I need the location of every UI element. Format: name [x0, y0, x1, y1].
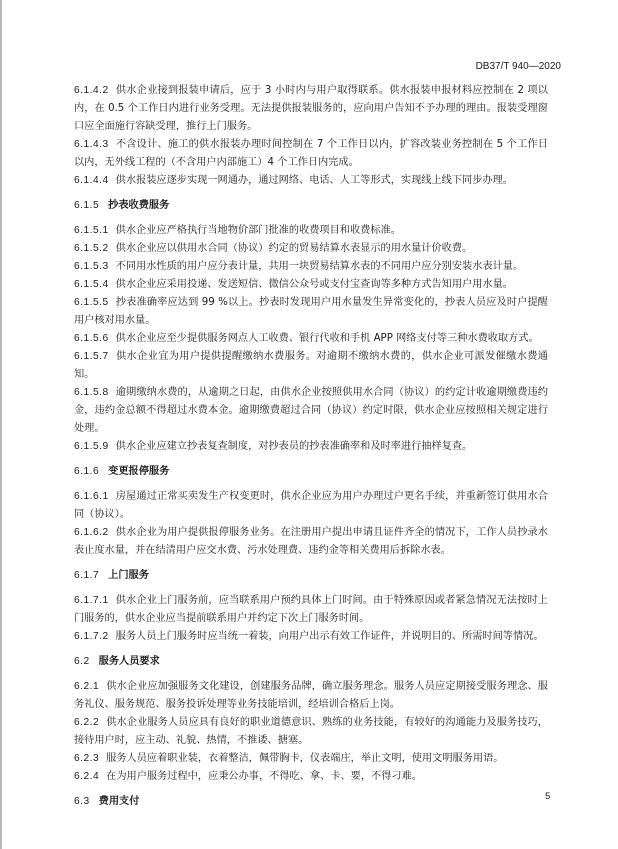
- section-title: 抄表收费服务: [108, 200, 169, 211]
- clause-6-1-5-7: 6.1.5.7供水企业宜为用户提供提醒缴纳水费服务。对逾期不缴纳水费的，供水企业…: [74, 348, 548, 384]
- clause-6-1-6-2: 6.1.6.2供水企业为用户提供报停服务业务。在注册用户提出申请且证件齐全的情况…: [74, 524, 548, 560]
- clause-number: 6.1.5.3: [74, 261, 109, 272]
- clause-number: 6.2.4: [74, 771, 99, 782]
- clause-number: 6.1.7.1: [74, 595, 109, 606]
- clause-text: 供水报装应逐步实现一网通办，通过网络、电话、人工等形式，实现线上线下同步办理。: [116, 175, 513, 186]
- clause-text: 供水企业应以供用水合同（协议）约定的贸易结算水表显示的用水量计价收费。: [116, 243, 473, 254]
- clause-6-1-4-4: 6.1.4.4供水报装应逐步实现一网通办，通过网络、电话、人工等形式，实现线上线…: [74, 172, 548, 190]
- clause-6-1-4-2: 6.1.4.2供水企业接到报装申请后，应于 3 小时内与用户取得联系。供水报装申…: [74, 82, 548, 136]
- clause-6-1-4-3: 6.1.4.3不含设计、施工的供水报装办理时间控制在 7 个工作日以内，扩容改装…: [74, 136, 548, 172]
- clause-number: 6.1.5.5: [74, 297, 109, 308]
- clause-number: 6.1.5.1: [74, 225, 109, 236]
- clause-6-1-5-6: 6.1.5.6供水企业应至少提供服务网点人工收费、银行代收和手机 APP 网络支…: [74, 330, 548, 348]
- section-number: 6.3: [74, 796, 90, 807]
- clause-6-1-5-1: 6.1.5.1供水企业应严格执行当地物价部门批准的收费项目和收费标准。: [74, 222, 548, 240]
- document-body: 6.1.4.2供水企业接到报装申请后，应于 3 小时内与用户取得联系。供水报装申…: [74, 82, 548, 818]
- clause-number: 6.1.5.2: [74, 243, 109, 254]
- clause-text: 房屋通过正常买卖发生产权变更时，供水企业应为用户办理过户更名手续，并重新签订供用…: [74, 491, 548, 520]
- clause-number: 6.1.6.2: [74, 527, 109, 538]
- clause-6-2-3: 6.2.3服务人员应着职业装，衣着整洁，佩带胸卡，仪表端庄，举止文明，使用文明服…: [74, 750, 548, 768]
- clause-6-1-6-1: 6.1.6.1房屋通过正常买卖发生产权变更时，供水企业应为用户办理过户更名手续，…: [74, 488, 548, 524]
- clause-number: 6.1.5.9: [74, 441, 109, 452]
- clause-text: 供水企业为用户提供报停服务业务。在注册用户提出申请且证件齐全的情况下，工作人员抄…: [74, 527, 548, 556]
- clause-text: 供水企业应严格执行当地物价部门批准的收费项目和收费标准。: [116, 225, 401, 236]
- clause-text: 供水企业应采用投递、发送短信、微信公众号或支付宝查询等多种方式告知用户用水量。: [116, 279, 513, 290]
- clause-6-2-1: 6.2.1供水企业应加强服务文化建设，创建服务品牌，确立服务理念。服务人员应定期…: [74, 678, 548, 714]
- clause-6-2-2: 6.2.2供水企业服务人员应具有良好的职业道德意识、熟练的业务技能，有较好的沟通…: [74, 714, 548, 750]
- section-number: 6.1.6: [74, 466, 99, 477]
- clause-text: 服务人员上门服务时应当统一着装，向用户出示有效工作证件，并说明目的、所需时间等情…: [116, 631, 544, 642]
- clause-6-1-5-2: 6.1.5.2供水企业应以供用水合同（协议）约定的贸易结算水表显示的用水量计价收…: [74, 240, 548, 258]
- page-number: 5: [545, 791, 550, 802]
- clause-6-1-7-1: 6.1.7.1供水企业上门服务前，应当联系用户预约具体上门时间。由于特殊原因或者…: [74, 592, 548, 628]
- clause-6-1-5-8: 6.1.5.8逾期缴纳水费的，从逾期之日起，由供水企业按照供用水合同（协议）的约…: [74, 384, 548, 438]
- clause-6-1-5-5: 6.1.5.5抄表准确率应达到 99 %以上。抄表时发现用户用水量发生异常变化的…: [74, 294, 548, 330]
- clause-number: 6.1.5.8: [74, 387, 109, 398]
- section-heading-6-3: 6.3费用支付: [74, 793, 548, 811]
- section-title: 变更报停服务: [108, 466, 169, 477]
- clause-number: 6.2.3: [74, 753, 99, 764]
- clause-number: 6.1.7.2: [74, 631, 109, 642]
- clause-text: 不含设计、施工的供水报装办理时间控制在 7 个工作日以内，扩容改装业务控制在 5…: [74, 139, 548, 168]
- section-heading-6-1-6: 6.1.6变更报停服务: [74, 463, 548, 481]
- section-heading-6-2: 6.2服务人员要求: [74, 653, 548, 671]
- section-number: 6.1.7: [74, 570, 99, 581]
- clause-text: 供水企业接到报装申请后，应于 3 小时内与用户取得联系。供水报装申报材料应控制在…: [74, 85, 548, 132]
- clause-text: 不同用水性质的用户应分表计量，共用一块贸易结算水表的不同用户应分别安装水表计量。: [116, 261, 524, 272]
- clause-number: 6.1.4.2: [74, 85, 109, 96]
- clause-6-1-5-9: 6.1.5.9供水企业应建立抄表复查制度，对抄表员的抄表准确率和及时率进行抽样复…: [74, 438, 548, 456]
- section-title: 上门服务: [108, 570, 149, 581]
- clause-text: 抄表准确率应达到 99 %以上。抄表时发现用户用水量发生异常变化的，抄表人员应及…: [74, 297, 548, 326]
- clause-6-1-7-2: 6.1.7.2服务人员上门服务时应当统一着装，向用户出示有效工作证件，并说明目的…: [74, 628, 548, 646]
- clause-number: 6.1.4.4: [74, 175, 109, 186]
- clause-6-1-5-4: 6.1.5.4供水企业应采用投递、发送短信、微信公众号或支付宝查询等多种方式告知…: [74, 276, 548, 294]
- clause-number: 6.1.6.1: [74, 491, 109, 502]
- section-title: 服务人员要求: [99, 656, 160, 667]
- section-number: 6.1.5: [74, 200, 99, 211]
- clause-number: 6.1.4.3: [74, 139, 109, 150]
- clause-number: 6.2.2: [74, 717, 99, 728]
- clause-text: 在为用户服务过程中，应秉公办事，不得吃、拿、卡、要，不得刁难。: [106, 771, 422, 782]
- clause-text: 供水企业宜为用户提供提醒缴纳水费服务。对逾期不缴纳水费的，供水企业可派发催缴水费…: [74, 351, 548, 380]
- section-heading-6-1-7: 6.1.7上门服务: [74, 567, 548, 585]
- clause-number: 6.1.5.6: [74, 333, 109, 344]
- document-code: DB37/T 940—2020: [476, 61, 561, 72]
- clause-6-2-4: 6.2.4在为用户服务过程中，应秉公办事，不得吃、拿、卡、要，不得刁难。: [74, 768, 548, 786]
- clause-number: 6.1.5.4: [74, 279, 109, 290]
- clause-number: 6.2.1: [74, 681, 99, 692]
- clause-text: 供水企业应加强服务文化建设，创建服务品牌，确立服务理念。服务人员应定期接受服务理…: [74, 681, 548, 710]
- section-number: 6.2: [74, 656, 90, 667]
- clause-text: 服务人员应着职业装，衣着整洁，佩带胸卡，仪表端庄，举止文明，使用文明服务用语。: [106, 753, 503, 764]
- clause-number: 6.1.5.7: [74, 351, 109, 362]
- clause-text: 逾期缴纳水费的，从逾期之日起，由供水企业按照供用水合同（协议）的约定计收逾期缴费…: [74, 387, 548, 434]
- clause-text: 供水企业上门服务前，应当联系用户预约具体上门时间。由于特殊原因或者紧急情况无法按…: [74, 595, 548, 624]
- clause-6-1-5-3: 6.1.5.3不同用水性质的用户应分表计量，共用一块贸易结算水表的不同用户应分别…: [74, 258, 548, 276]
- clause-text: 供水企业应建立抄表复查制度，对抄表员的抄表准确率和及时率进行抽样复查。: [116, 441, 473, 452]
- section-title: 费用支付: [99, 796, 140, 807]
- section-heading-6-1-5: 6.1.5抄表收费服务: [74, 197, 548, 215]
- clause-text: 供水企业应至少提供服务网点人工收费、银行代收和手机 APP 网络支付等三种水费收…: [116, 333, 539, 344]
- page-edge: [0, 0, 2, 849]
- clause-text: 供水企业服务人员应具有良好的职业道德意识、熟练的业务技能，有较好的沟通能力及服务…: [74, 717, 548, 746]
